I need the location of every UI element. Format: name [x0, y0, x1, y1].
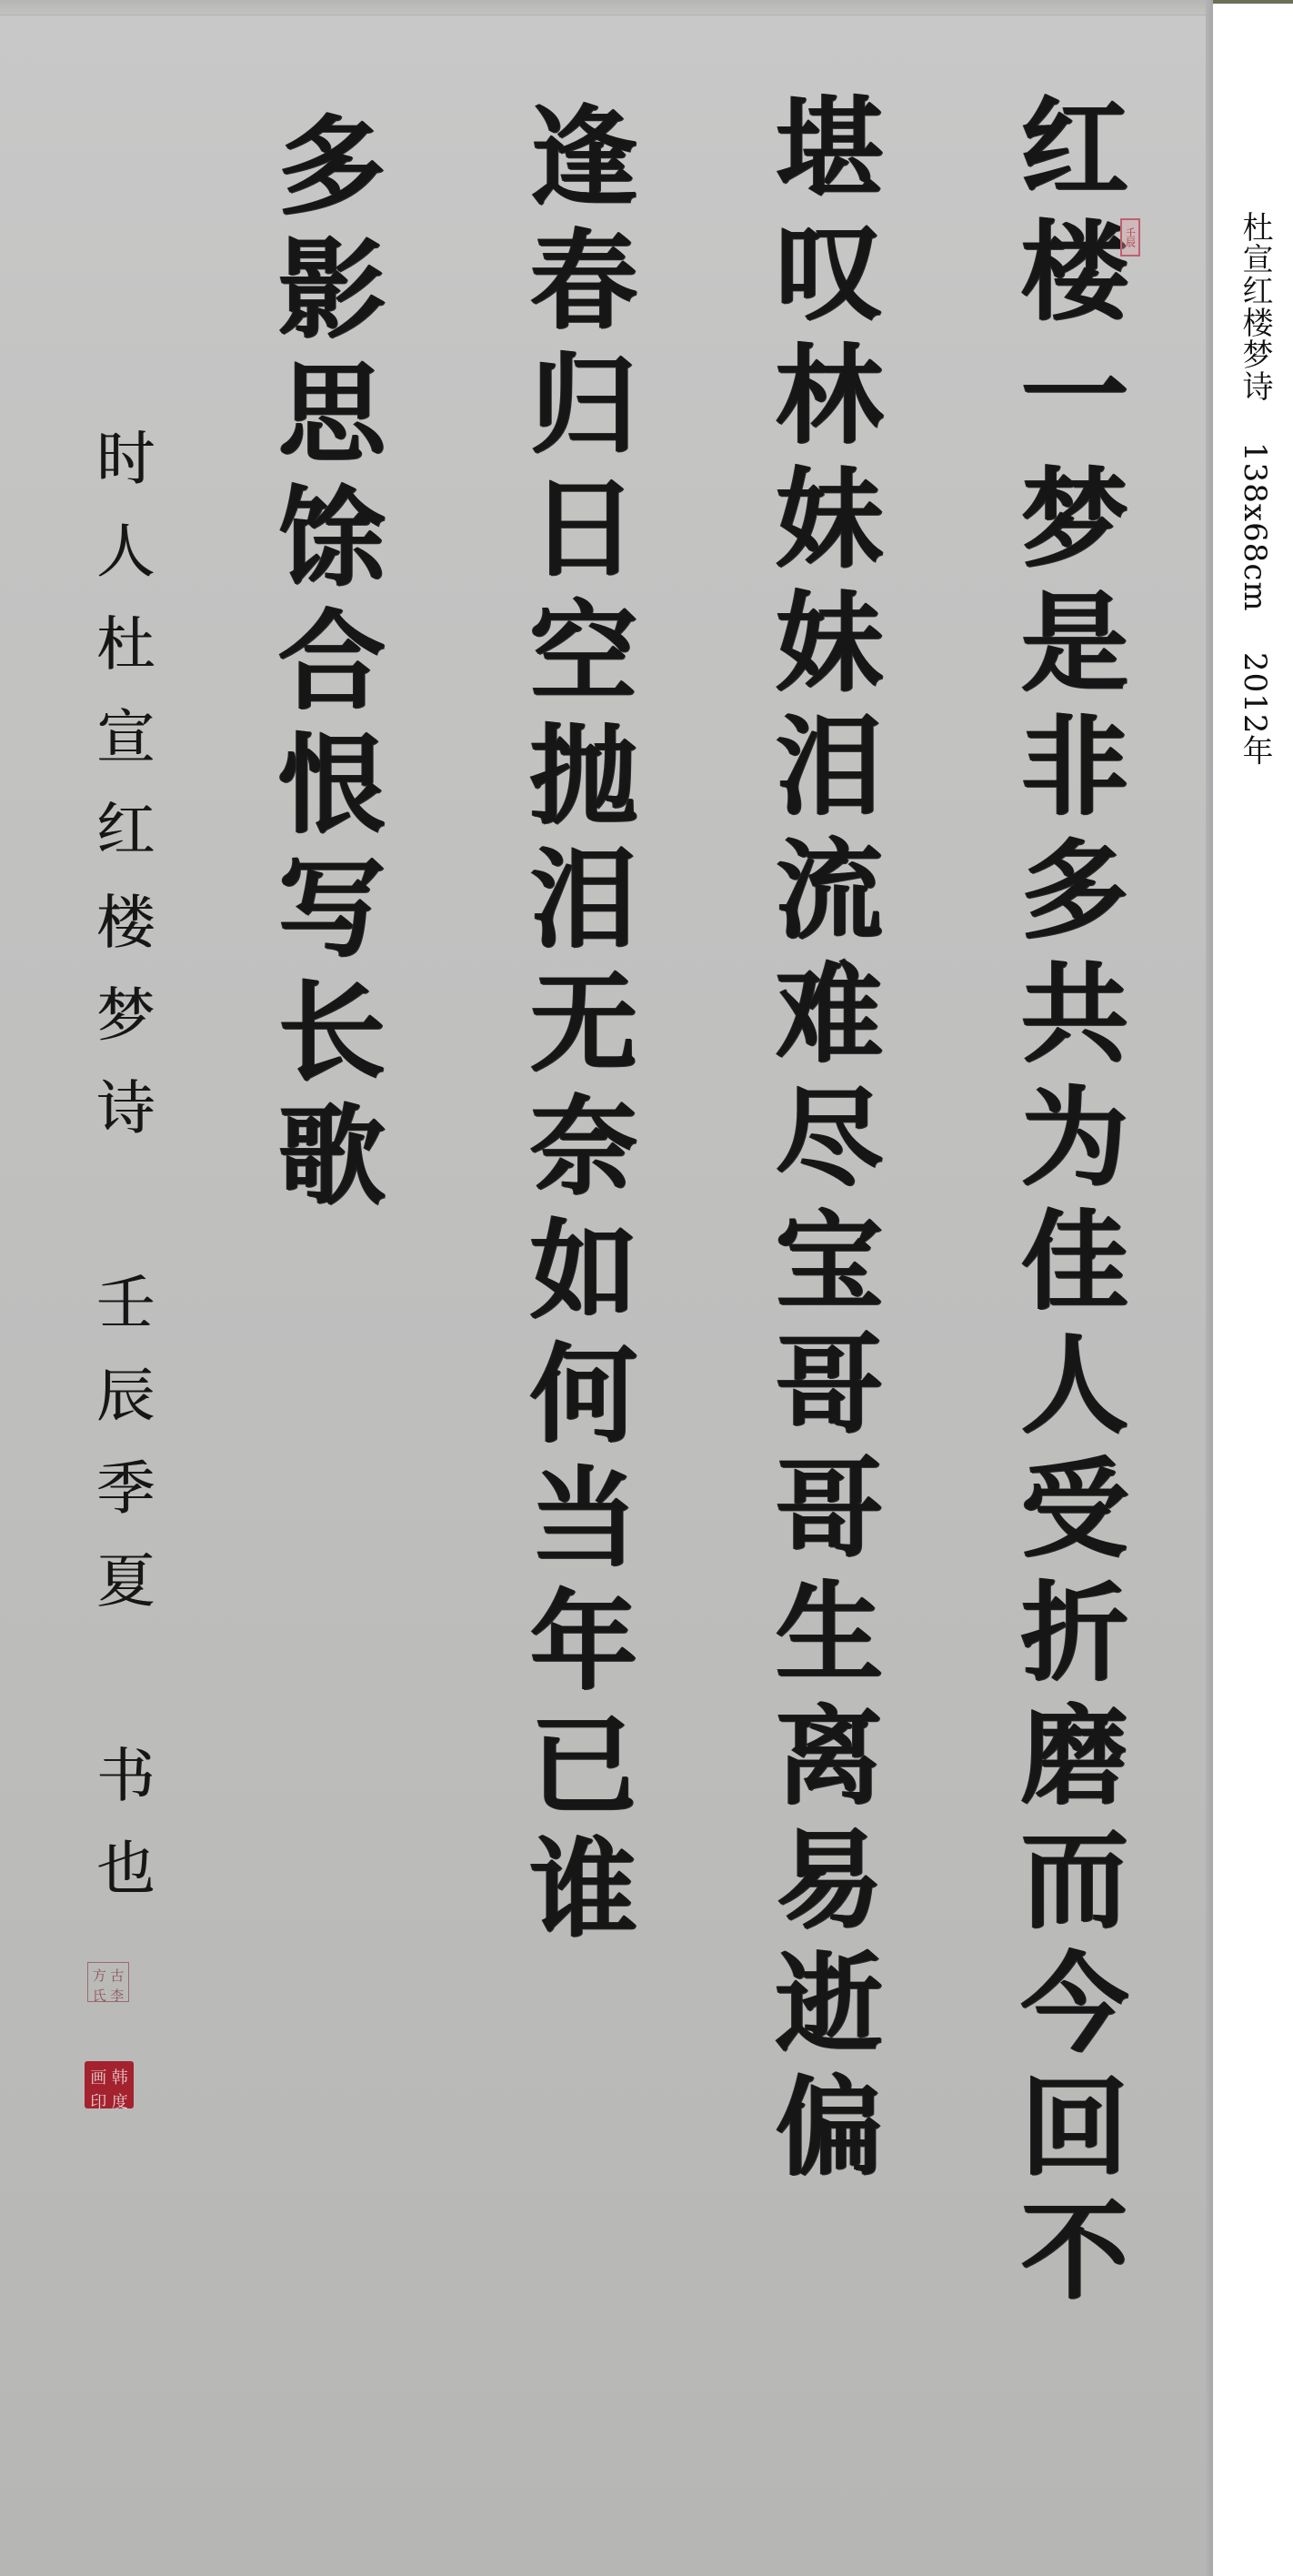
seal-char: 印: [88, 2089, 109, 2113]
seal-red-icon: 画 韩 印 度: [85, 2061, 134, 2108]
seal-char: 古: [109, 1966, 126, 1985]
seal-top-icon: 壬辰: [1120, 218, 1140, 257]
caption-title: 杜宣红楼梦诗: [1233, 211, 1278, 402]
seal-white-text-icon: 方 古 氏 李: [87, 1962, 129, 2002]
poem-column-4: 多影思馀合恨写长歌: [232, 109, 414, 1637]
caption-size: 138x68cm: [1237, 442, 1273, 612]
caption-corner: [1213, 0, 1293, 4]
poem-column-3: 逢春归日空抛泪无奈如何当年已谁: [484, 100, 666, 2465]
scroll-right-edge: [1206, 0, 1213, 2576]
artwork-caption: 杜宣红楼梦诗138x68cm2012年: [1233, 211, 1278, 806]
artist-inscription: 时人杜宣红楼梦诗 壬辰季夏 书也: [75, 428, 165, 1930]
seal-char: 方: [91, 1966, 108, 1985]
poem-column-1: 红楼一梦是非多共为佳人受折磨而今回不: [975, 91, 1157, 2456]
seal-char: 画: [88, 2065, 109, 2088]
scroll-top-band: [0, 0, 1213, 15]
seal-char: 韩: [110, 2065, 131, 2088]
poem-column-2: 堪叹林妹妹泪流难尽宝哥哥生离易逝偏: [729, 91, 911, 2474]
seal-char: 氏: [91, 1986, 108, 2005]
seal-char: 度: [110, 2089, 131, 2113]
seal-char: 李: [109, 1986, 126, 2005]
caption-year: 2012年: [1233, 652, 1278, 767]
